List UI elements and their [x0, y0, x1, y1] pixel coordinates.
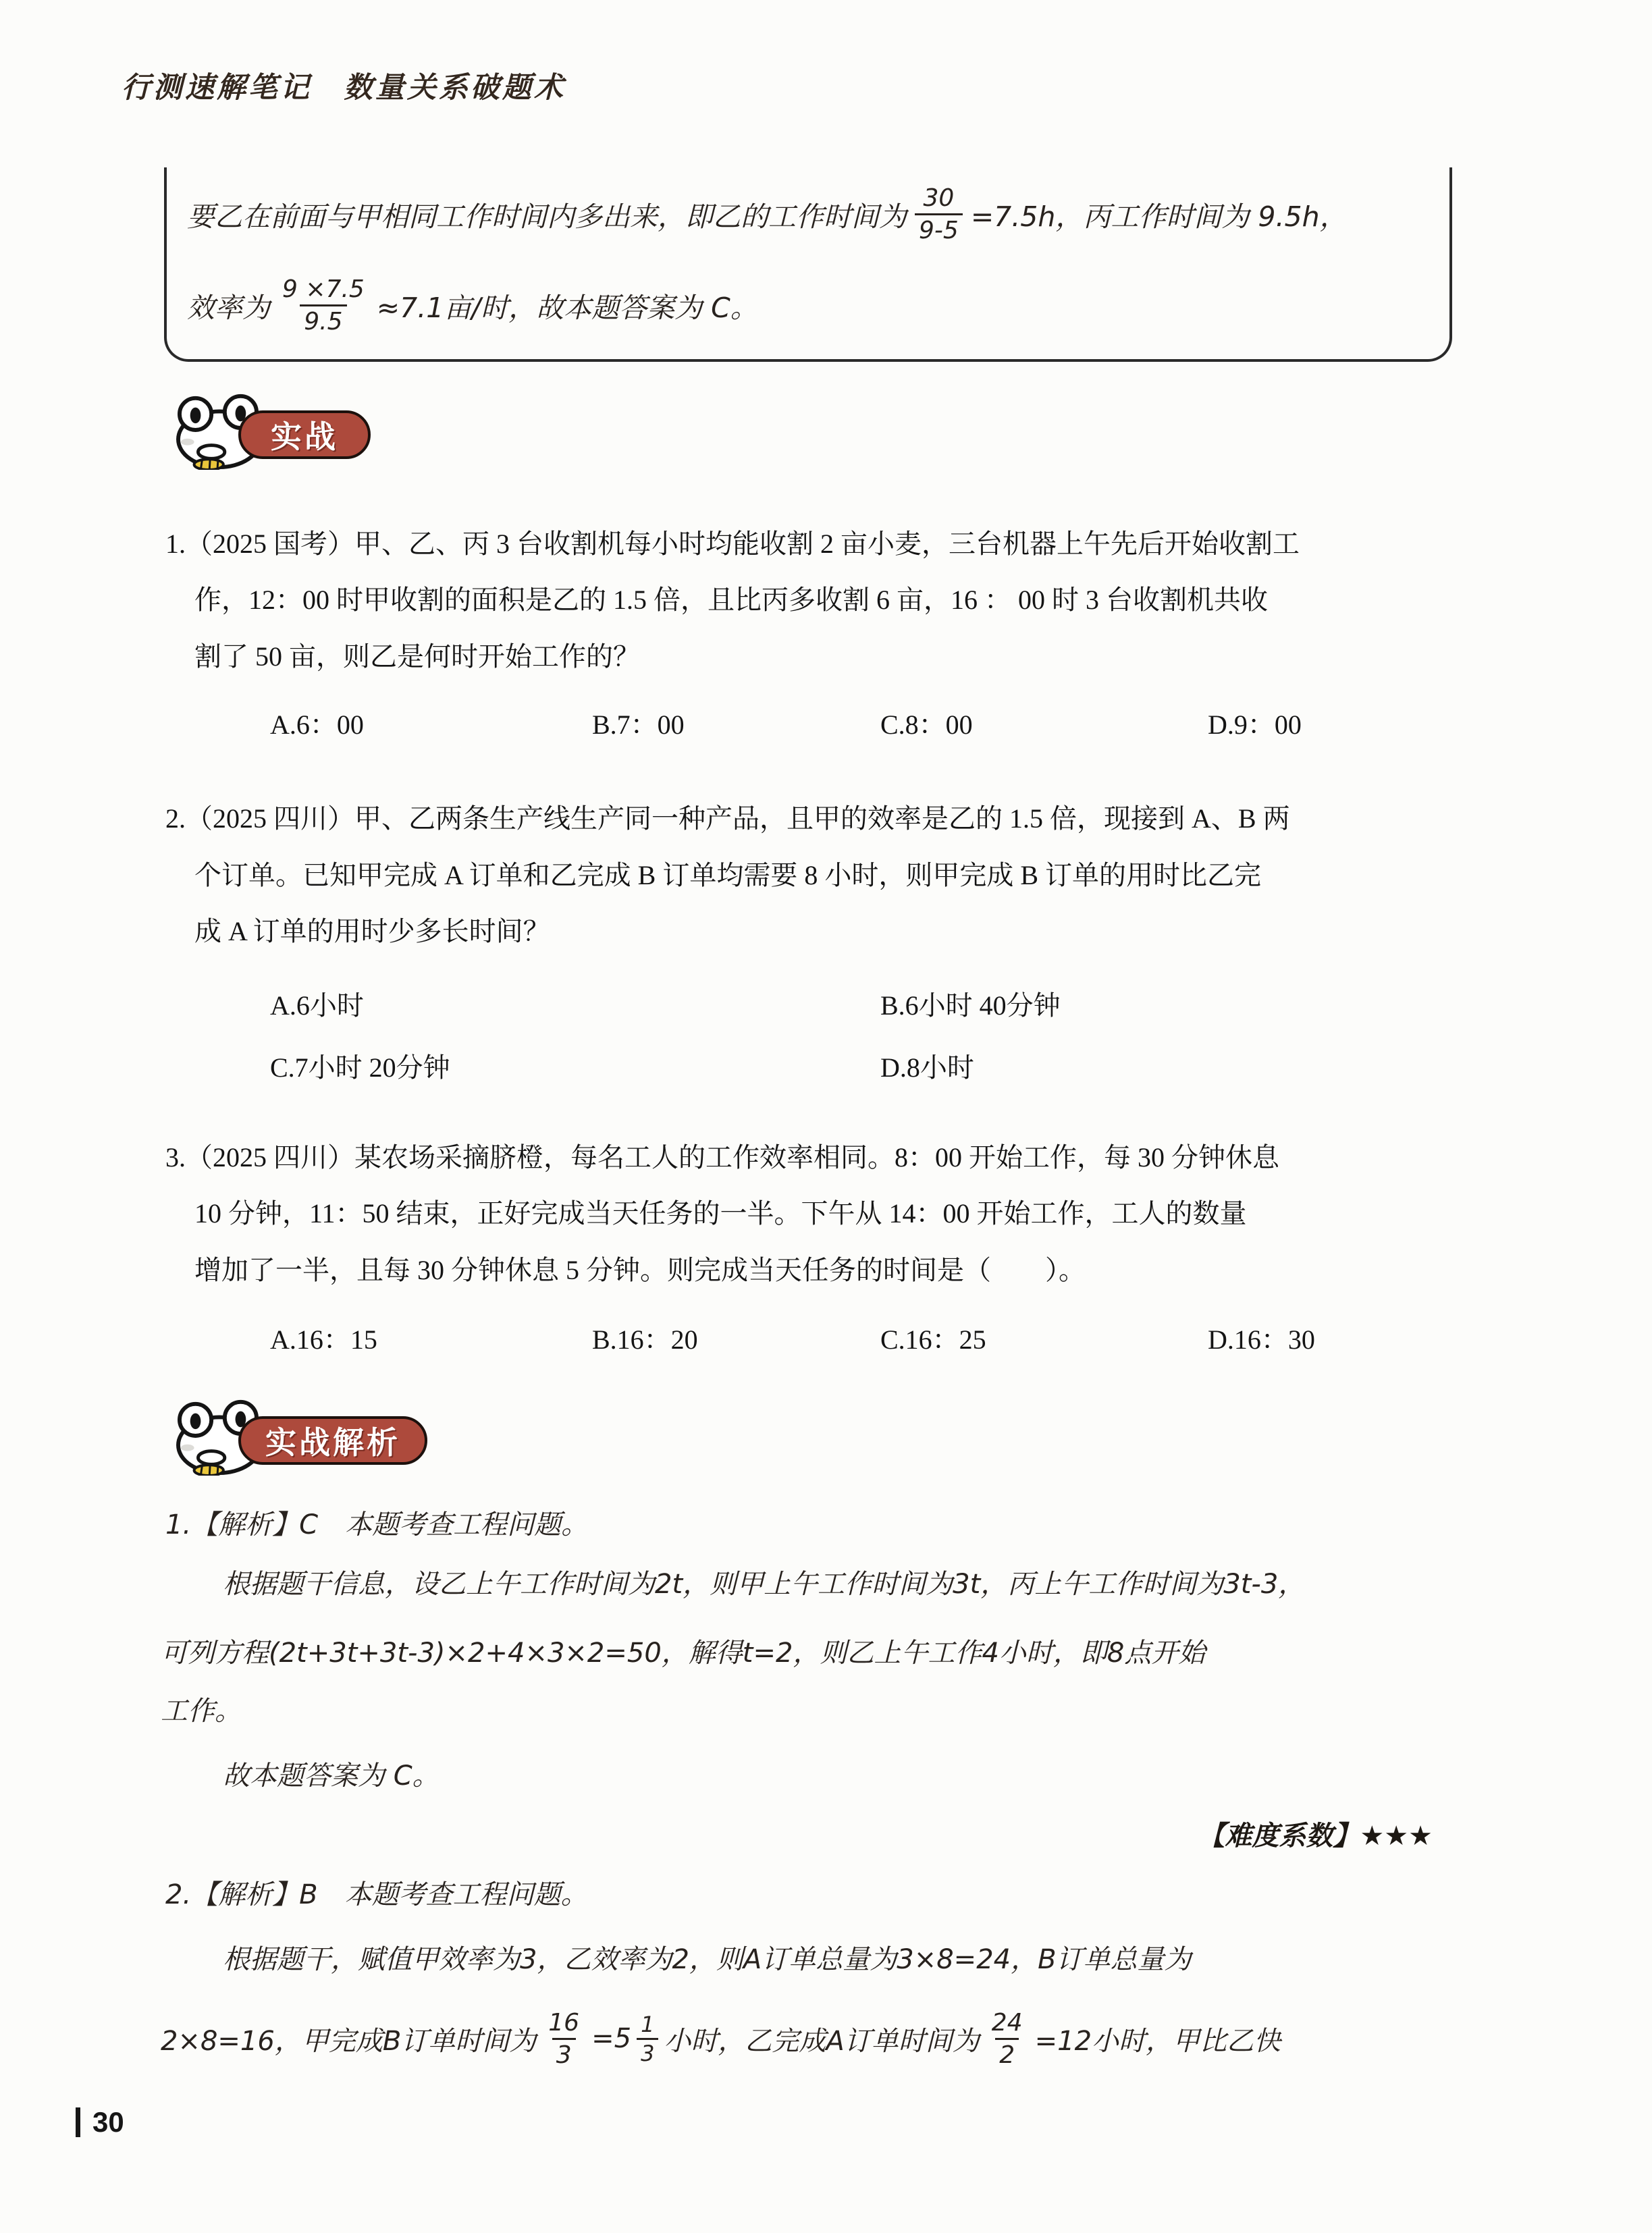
option-1d: D.9：00 [1208, 703, 1302, 742]
practice-badge: 实战 [167, 390, 639, 471]
analysis-badge: 实战解析 [167, 1396, 639, 1477]
solution-1-line-4: 故本题答案为 C。 [223, 1756, 439, 1796]
solution-1-line-1: 根据题干信息，设乙上午工作时间为2t，则甲上午工作时间为3t，丙上午工作时间为3… [223, 1565, 1305, 1604]
question-2-line-3: 成 A 订单的用时少多长时间？ [194, 912, 550, 951]
option-2a: A.6小时 [270, 984, 364, 1023]
page-number: 30 [92, 2106, 124, 2138]
option-3d: D.16：30 [1208, 1318, 1315, 1357]
question-2-options-grid: A.6小时 B.6小时 40分钟 C.7小时 20分钟 D.8小时 [165, 984, 1455, 1099]
question-3-line-1: 3.（2025 四川）某农场采摘脐橙，每名工人的工作效率相同。8：00 开始工作… [165, 1138, 1279, 1177]
question-2-number: 2. [165, 803, 186, 834]
fraction-9x7.5-over-9.5: 9 ×7.5 9.5 [278, 274, 369, 337]
s2-line2-mid2: 小时，乙完成A订单时间为 [664, 2020, 979, 2058]
option-1a: A.6：00 [270, 703, 364, 742]
box-line1-pre: 要乙在前面与甲相同工作时间内多出来，即乙的工作时间为 [187, 194, 907, 234]
question-1-line-3: 割了 50 亩，则乙是何时开始工作的？ [194, 637, 640, 676]
question-1-source: （2025 国考） [186, 529, 354, 559]
question-2-source: （2025 四川） [186, 803, 354, 834]
question-3-line-2: 10 分钟，11：50 结束，正好完成当天任务的一半。下午从 14：00 开始工… [194, 1194, 1247, 1233]
option-1c: C.8：00 [880, 703, 973, 742]
footer-bar [76, 2107, 80, 2137]
option-2b: B.6小时 40分钟 [880, 984, 1061, 1023]
page-footer: 30 [76, 2106, 124, 2138]
box-line1-post: =7.5h，丙工作时间为 9.5h， [971, 194, 1348, 234]
solution-1-line-2: 可列方程(2t+3t+3t-3)×2+4×3×2=50，解得t=2，则乙上午工作… [161, 1634, 1205, 1673]
solution-2-line-1: 根据题干，赋值甲效率为3，乙效率为2，则A订单总量为3×8=24，B订单总量为 [223, 1940, 1192, 1979]
s2-line2-mid1: =5 [591, 2023, 631, 2054]
page-title: 行测速解笔记 数量关系破题术 [122, 65, 566, 106]
question-2-line-1: 2.（2025 四川）甲、乙两条生产线生产同一种产品，且甲的效率是乙的 1.5 … [165, 799, 1290, 838]
question-3-options-row: A.16：15 B.16：20 C.16：25 D.16：30 [165, 1318, 1455, 1357]
question-3-line-3: 增加了一半，且每 30 分钟休息 5 分钟。则完成当天任务的时间是（ ）。 [194, 1251, 1086, 1290]
fraction-1-over-3: 1 3 [637, 2011, 658, 2067]
mixed-number-5-1-3: 1 3 [631, 2011, 664, 2067]
question-2-line-2: 个订单。已知甲完成 A 订单和乙完成 B 订单均需要 8 小时，则甲完成 B 订… [194, 856, 1261, 895]
question-1-number: 1. [165, 529, 186, 559]
question-1-line-1: 1.（2025 国考）甲、乙、丙 3 台收割机每小时均能收割 2 亩小麦，三台机… [165, 524, 1300, 564]
question-3-source: （2025 四川） [186, 1142, 354, 1173]
option-1b: B.7：00 [592, 703, 685, 742]
solution-1-title: 1.【解析】C 本题考查工程问题。 [165, 1505, 588, 1544]
option-3a: A.16：15 [270, 1318, 377, 1357]
textbook-page: 行测速解笔记 数量关系破题术 要乙在前面与甲相同工作时间内多出来，即乙的工作时间… [0, 0, 1652, 2233]
solution-box-line-2: 效率为 9 ×7.5 9.5 ≈7.1亩/时，故本题答案为 C。 [187, 258, 758, 352]
fraction-30-over-9-5: 30 9-5 [915, 183, 963, 246]
solution-2-line-2: 2×8=16，甲完成B订单时间为 16 3 =5 1 3 小时，乙完成A订单时间… [161, 1988, 1281, 2089]
s2-line2-pre: 2×8=16，甲完成B订单时间为 [161, 2020, 536, 2058]
question-1-options-row: A.6：00 B.7：00 C.8：00 D.9：00 [165, 703, 1455, 743]
fraction-24-over-2: 24 2 [988, 2008, 1027, 2070]
option-3b: B.16：20 [592, 1318, 698, 1357]
difficulty-rating: 【难度系数】★★★ [165, 1814, 1451, 1853]
s2-line2-post: =12小时，甲比乙快 [1035, 2020, 1281, 2058]
option-2c: C.7小时 20分钟 [270, 1046, 450, 1085]
solution-box: 要乙在前面与甲相同工作时间内多出来，即乙的工作时间为 30 9-5 =7.5h，… [164, 167, 1452, 362]
solution-box-line-1: 要乙在前面与甲相同工作时间内多出来，即乙的工作时间为 30 9-5 =7.5h，… [187, 170, 1348, 258]
question-1-line-2: 作，12：00 时甲收割的面积是乙的 1.5 倍，且比丙多收割 6 亩，16 ：… [194, 581, 1268, 620]
solution-1-line-3: 工作。 [161, 1692, 242, 1731]
box-line2-post: ≈7.1亩/时，故本题答案为 C。 [377, 286, 758, 325]
solution-2-title: 2.【解析】B 本题考查工程问题。 [165, 1875, 588, 1914]
box-line2-pre: 效率为 [187, 286, 270, 325]
practice-badge-pill: 实战 [238, 410, 371, 459]
analysis-badge-pill: 实战解析 [238, 1416, 427, 1465]
option-3c: C.16：25 [880, 1318, 986, 1357]
option-2d: D.8小时 [880, 1046, 974, 1085]
fraction-16-over-3: 16 3 [544, 2008, 583, 2070]
question-3-number: 3. [165, 1142, 186, 1173]
